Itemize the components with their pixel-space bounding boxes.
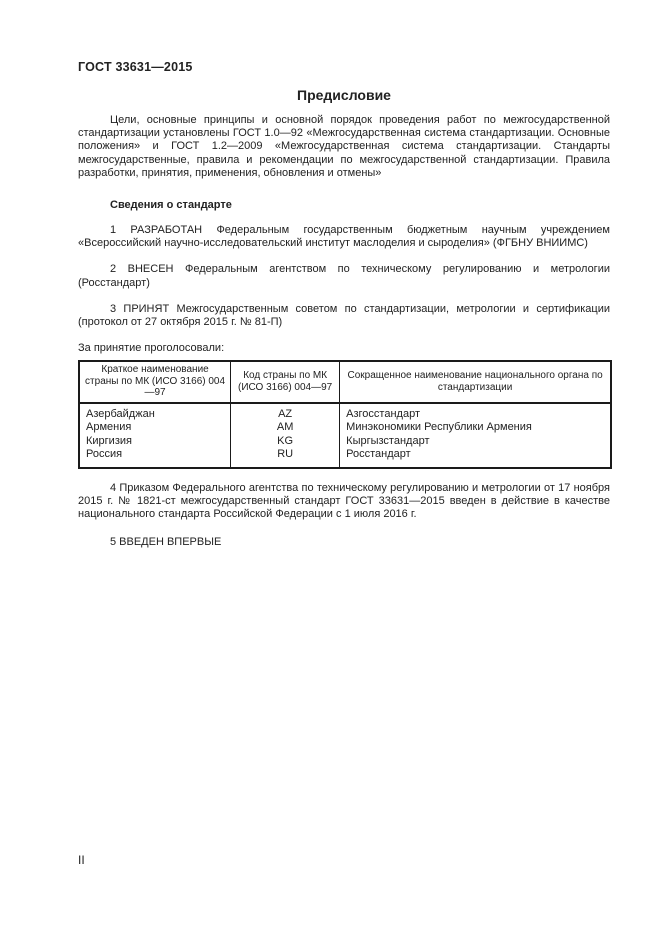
table-row: Армения AM Минэкономики Республики Армен… bbox=[79, 421, 611, 435]
section-heading: Сведения о стандарте bbox=[78, 199, 610, 211]
column-header-national-body: Сокращенное наименование национального о… bbox=[340, 361, 611, 403]
table-row: Россия RU Росстандарт bbox=[79, 448, 611, 468]
standard-info-item-2: 2 ВНЕСЕН Федеральным агентством по техни… bbox=[78, 263, 610, 289]
standard-info-item-4: 4 Приказом Федерального агентства по тех… bbox=[78, 482, 610, 522]
table-row: Киргизия KG Кыргызстандарт bbox=[79, 435, 611, 449]
votes-table: Краткое наименование страны по МК (ИСО 3… bbox=[78, 360, 612, 469]
page-title: Предисловие bbox=[78, 87, 610, 103]
cell-country: Армения bbox=[79, 421, 231, 435]
standard-info-item-1: 1 РАЗРАБОТАН Федеральным государственным… bbox=[78, 224, 610, 250]
table-row: Азербайджан AZ Азгосстандарт bbox=[79, 403, 611, 422]
intro-paragraph: Цели, основные принципы и основной поряд… bbox=[78, 114, 610, 180]
page-content: ГОСТ 33631—2015 Предисловие Цели, основн… bbox=[78, 60, 610, 549]
standard-info-item-3: 3 ПРИНЯТ Межгосударственным советом по с… bbox=[78, 303, 610, 329]
standard-info-item-5: 5 ВВЕДЕН ВПЕРВЫЕ bbox=[78, 536, 610, 549]
cell-country: Азербайджан bbox=[79, 403, 231, 422]
column-header-country: Краткое наименование страны по МК (ИСО 3… bbox=[79, 361, 231, 403]
document-page: ГОСТ 33631—2015 Предисловие Цели, основн… bbox=[0, 0, 661, 935]
column-header-country-code: Код страны по МК (ИСО 3166) 004—97 bbox=[231, 361, 340, 403]
cell-national-body: Росстандарт bbox=[340, 448, 611, 468]
cell-national-body: Минэкономики Республики Армения bbox=[340, 421, 611, 435]
cell-country: Киргизия bbox=[79, 435, 231, 449]
cell-country-code: KG bbox=[231, 435, 340, 449]
page-number: II bbox=[78, 853, 85, 867]
cell-country-code: AZ bbox=[231, 403, 340, 422]
table-header-row: Краткое наименование страны по МК (ИСО 3… bbox=[79, 361, 611, 403]
vote-caption: За принятие проголосовали: bbox=[78, 342, 610, 355]
standard-number: ГОСТ 33631—2015 bbox=[78, 60, 610, 74]
cell-national-body: Кыргызстандарт bbox=[340, 435, 611, 449]
cell-country-code: RU bbox=[231, 448, 340, 468]
cell-country-code: AM bbox=[231, 421, 340, 435]
cell-country: Россия bbox=[79, 448, 231, 468]
cell-national-body: Азгосстандарт bbox=[340, 403, 611, 422]
